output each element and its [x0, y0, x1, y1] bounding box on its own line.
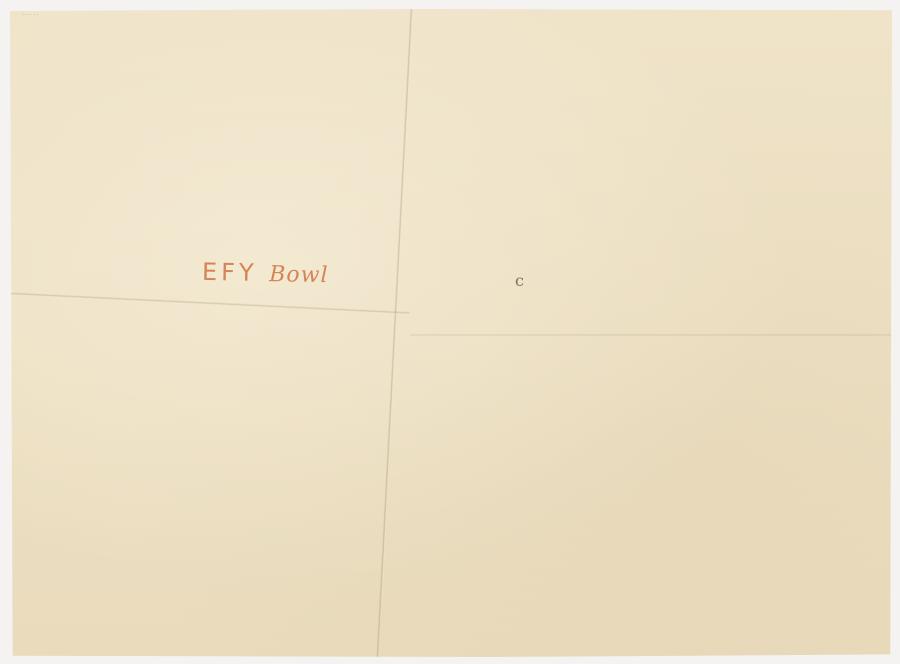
vertical-fold-crease — [376, 9, 413, 657]
paper-sheet: ...... EFY Bowl c — [10, 9, 892, 657]
horizontal-fold-crease-left — [10, 292, 410, 315]
handwritten-note: EFY Bowl — [202, 258, 329, 288]
handwritten-note-efy: EFY — [202, 258, 258, 287]
horizontal-fold-crease-right — [410, 334, 892, 336]
corner-inscription: ...... — [22, 10, 39, 17]
pencil-mark: c — [515, 271, 524, 290]
handwritten-note-bowl: Bowl — [269, 262, 329, 288]
